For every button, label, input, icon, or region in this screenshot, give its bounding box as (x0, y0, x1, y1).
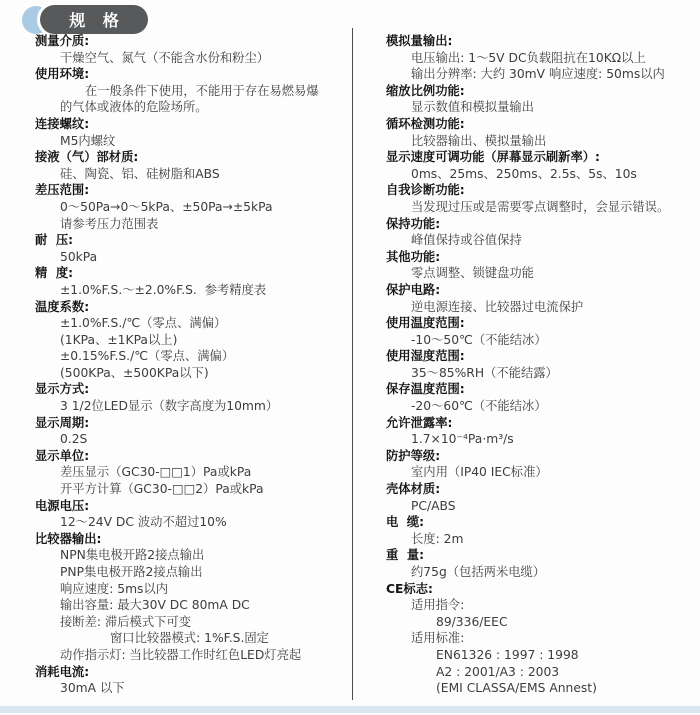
spec-term: 比较器输出: (35, 531, 347, 548)
spec-definition-line: 硅、陶瓷、铝、硅树脂和ABS (35, 166, 347, 183)
spec-definition-line: -20～60℃（不能结冰） (386, 398, 691, 415)
spec-section: 重 量:约75g（包括两米电缆） (386, 547, 691, 580)
spec-definition-line: 适用标准: (386, 630, 691, 647)
spec-term: 温度系数: (35, 299, 347, 316)
spec-definition-line: 12～24V DC 波动不超过10% (35, 514, 347, 531)
spec-term: 模拟量输出: (386, 33, 691, 50)
spec-term: 保持功能: (386, 216, 691, 233)
spec-definition-line: -10～50℃（不能结冰） (386, 332, 691, 349)
spec-section: 缩放比例功能:显示数值和模拟量输出 (386, 83, 691, 116)
spec-term: 使用温度范围: (386, 315, 691, 332)
spec-definition-line: 电压输出: 1～5V DC负载阻抗在10KΩ以上 (386, 50, 691, 67)
spec-definition-line: (1KPa、±1KPa以上) (35, 332, 347, 349)
spec-section: 耐 压:50kPa (35, 232, 347, 265)
spec-definition-line: 的气体或液体的危险场所。 (35, 99, 347, 116)
spec-section: 显示速度可调功能（屏幕显示刷新率）:0ms、25ms、250ms、2.5s、5s… (386, 149, 691, 182)
spec-section: 电 缆:长度: 2m (386, 514, 691, 547)
spec-definition-line: 89/336/EEC (386, 614, 691, 631)
spec-definition-line: (EMI CLASSA/EMS Annest) (386, 680, 691, 697)
spec-definition-line: A2 : 2001/A3 : 2003 (386, 664, 691, 681)
spec-section: 测量介质:干燥空气、氮气（不能含水份和粉尘） (35, 33, 347, 66)
spec-term: 防护等级: (386, 448, 691, 465)
spec-definition-line: 0.2S (35, 431, 347, 448)
spec-section: 电源电压:12～24V DC 波动不超过10% (35, 498, 347, 531)
spec-definition-line: EN61326 : 1997 : 1998 (386, 647, 691, 664)
spec-definition-line: 动作指示灯: 当比较器工作时红色LED灯亮起 (35, 647, 347, 664)
spec-term: 差压范围: (35, 182, 347, 199)
spec-term: 使用湿度范围: (386, 348, 691, 365)
spec-definition-line: 接断差: 滞后模式下可变 (35, 614, 347, 631)
spec-term: 显示单位: (35, 448, 347, 465)
spec-definition-line: 0ms、25ms、250ms、2.5s、5s、10s (386, 166, 691, 183)
spec-column-right: 模拟量输出:电压输出: 1～5V DC负载阻抗在10KΩ以上输出分辨率: 大约 … (386, 33, 691, 697)
spec-section: 显示单位:差压显示（GC30-□□1）Pa或kPa开平方计算（GC30-□□2）… (35, 448, 347, 498)
spec-section: 精 度:±1.0%F.S.～±2.0%F.S. 参考精度表 (35, 265, 347, 298)
spec-section: 循环检测功能:比较器输出、模拟量输出 (386, 116, 691, 149)
spec-definition-line: 峰值保持或谷值保持 (386, 232, 691, 249)
spec-term: 保存温度范围: (386, 381, 691, 398)
spec-definition-line: 当发现过压或是需要零点调整时，会显示错误。 (386, 199, 691, 216)
spec-section: 允许泄露率:1.7×10⁻⁴Pa·m³/s (386, 415, 691, 448)
spec-term: 接液（气）部材质: (35, 149, 347, 166)
spec-definition-line: 室内用（IP40 IEC标准） (386, 464, 691, 481)
spec-definition-line: NPN集电极开路2接点输出 (35, 547, 347, 564)
spec-section: 使用湿度范围:35～85%RH（不能结露） (386, 348, 691, 381)
spec-definition-line: 在一般条件下使用，不能用于存在易燃易爆 (35, 83, 347, 100)
spec-definition-line: 约75g（包括两米电缆） (386, 564, 691, 581)
spec-section: 温度系数:±1.0%F.S./℃（零点、满偏）(1KPa、±1KPa以上)±0.… (35, 299, 347, 382)
spec-term: 重 量: (386, 547, 691, 564)
spec-term: 壳体材质: (386, 481, 691, 498)
spec-definition-line: 输出分辨率: 大约 30mV 响应速度: 50ms以内 (386, 66, 691, 83)
spec-definition-line: 干燥空气、氮气（不能含水份和粉尘） (35, 50, 347, 67)
spec-definition-line: 零点调整、锁键盘功能 (386, 265, 691, 282)
spec-definition-line: 窗口比较器模式: 1%F.S.固定 (35, 630, 347, 647)
spec-term: 精 度: (35, 265, 347, 282)
spec-section: 连接螺纹:M5内螺纹 (35, 116, 347, 149)
spec-definition-line: 开平方计算（GC30-□□2）Pa或kPa (35, 481, 347, 498)
spec-definition-line: 长度: 2m (386, 531, 691, 548)
footer-accent-bar (0, 706, 700, 713)
spec-definition-line: PNP集电极开路2接点输出 (35, 564, 347, 581)
section-title-banner: 规 格 (40, 5, 148, 34)
spec-definition-line: 0～50Pa→0～5kPa、±50Pa→±5kPa (35, 199, 347, 216)
spec-section: 使用环境:在一般条件下使用，不能用于存在易燃易爆的气体或液体的危险场所。 (35, 66, 347, 116)
spec-section: 使用温度范围:-10～50℃（不能结冰） (386, 315, 691, 348)
spec-definition-line: 请参考压力范围表 (35, 216, 347, 233)
spec-section: 消耗电流:30mA 以下 (35, 664, 347, 697)
spec-term: 连接螺纹: (35, 116, 347, 133)
spec-section: 防护等级:室内用（IP40 IEC标准） (386, 448, 691, 481)
spec-section: 其他功能:零点调整、锁键盘功能 (386, 249, 691, 282)
column-divider (352, 28, 353, 700)
spec-definition-line: ±1.0%F.S.～±2.0%F.S. 参考精度表 (35, 282, 347, 299)
spec-term: 其他功能: (386, 249, 691, 266)
spec-section: 接液（气）部材质:硅、陶瓷、铝、硅树脂和ABS (35, 149, 347, 182)
spec-column-left: 测量介质:干燥空气、氮气（不能含水份和粉尘）使用环境:在一般条件下使用，不能用于… (35, 33, 347, 697)
spec-term: 显示周期: (35, 415, 347, 432)
spec-section: 显示方式:3 1/2位LED显示（数字高度为10mm） (35, 381, 347, 414)
spec-section: 壳体材质:PC/ABS (386, 481, 691, 514)
spec-definition-line: 响应速度: 5ms以内 (35, 581, 347, 598)
spec-term: 消耗电流: (35, 664, 347, 681)
spec-term: 使用环境: (35, 66, 347, 83)
spec-definition-line: ±0.15%F.S./℃（零点、满偏） (35, 348, 347, 365)
spec-term: CE标志: (386, 581, 691, 598)
spec-section: 自我诊断功能:当发现过压或是需要零点调整时，会显示错误。 (386, 182, 691, 215)
spec-term: 电 缆: (386, 514, 691, 531)
spec-section: 保存温度范围:-20～60℃（不能结冰） (386, 381, 691, 414)
spec-section: 比较器输出:NPN集电极开路2接点输出PNP集电极开路2接点输出响应速度: 5m… (35, 531, 347, 664)
spec-definition-line: 3 1/2位LED显示（数字高度为10mm） (35, 398, 347, 415)
spec-definition-line: 显示数值和模拟量输出 (386, 99, 691, 116)
spec-term: 循环检测功能: (386, 116, 691, 133)
page-title: 规 格 (63, 8, 125, 31)
spec-term: 耐 压: (35, 232, 347, 249)
spec-term: 自我诊断功能: (386, 182, 691, 199)
spec-definition-line: 30mA 以下 (35, 680, 347, 697)
spec-section: 显示周期:0.2S (35, 415, 347, 448)
spec-section: 保持功能:峰值保持或谷值保持 (386, 216, 691, 249)
spec-definition-line: M5内螺纹 (35, 133, 347, 150)
spec-definition-line: 适用指令: (386, 597, 691, 614)
spec-term: 允许泄露率: (386, 415, 691, 432)
spec-definition-line: 1.7×10⁻⁴Pa·m³/s (386, 431, 691, 448)
section-header: 规 格 (0, 5, 700, 35)
spec-term: 缩放比例功能: (386, 83, 691, 100)
spec-definition-line: 逆电源连接、比较器过电流保护 (386, 299, 691, 316)
spec-definition-line: 50kPa (35, 249, 347, 266)
spec-definition-line: 差压显示（GC30-□□1）Pa或kPa (35, 464, 347, 481)
spec-definition-line: ±1.0%F.S./℃（零点、满偏） (35, 315, 347, 332)
spec-section: CE标志:适用指令:89/336/EEC适用标准:EN61326 : 1997 … (386, 581, 691, 697)
spec-definition-line: (500KPa、±500KPa以下) (35, 365, 347, 382)
spec-term: 显示方式: (35, 381, 347, 398)
spec-definition-line: 比较器输出、模拟量输出 (386, 133, 691, 150)
spec-term: 显示速度可调功能（屏幕显示刷新率）: (386, 149, 691, 166)
spec-term: 电源电压: (35, 498, 347, 515)
spec-term: 保护电路: (386, 282, 691, 299)
spec-section: 模拟量输出:电压输出: 1～5V DC负载阻抗在10KΩ以上输出分辨率: 大约 … (386, 33, 691, 83)
spec-term: 测量介质: (35, 33, 347, 50)
spec-definition-line: PC/ABS (386, 498, 691, 515)
spec-definition-line: 输出容量: 最大30V DC 80mA DC (35, 597, 347, 614)
spec-definition-line: 35～85%RH（不能结露） (386, 365, 691, 382)
spec-section: 差压范围:0～50Pa→0～5kPa、±50Pa→±5kPa请参考压力范围表 (35, 182, 347, 232)
spec-section: 保护电路:逆电源连接、比较器过电流保护 (386, 282, 691, 315)
